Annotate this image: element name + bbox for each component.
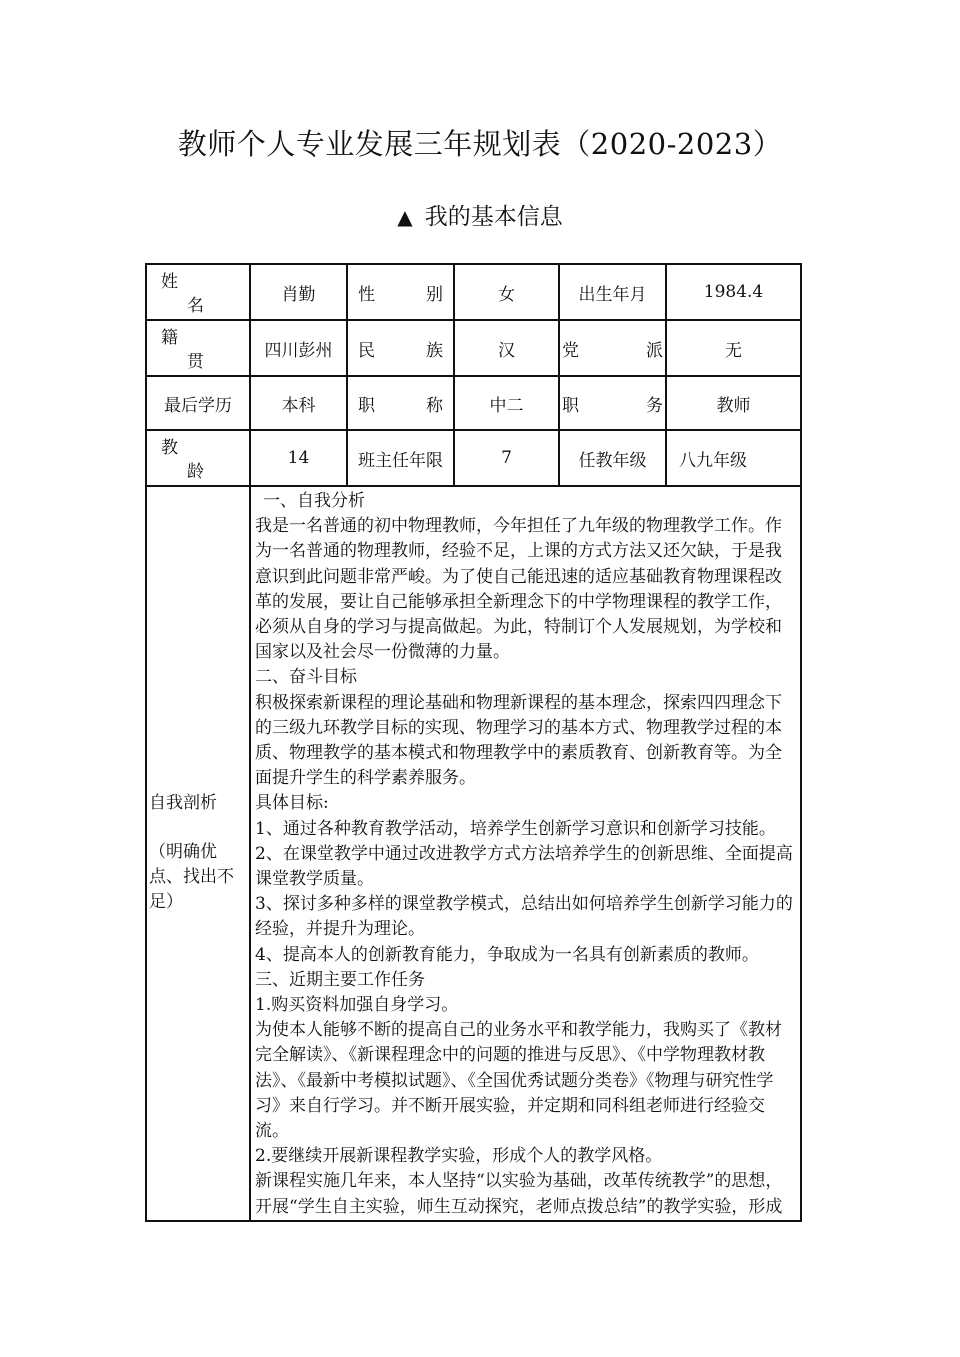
label-education: 最后学历 [146,376,250,430]
self-analysis-label: 自我剖析 （明确优点、找出不足） [146,486,250,1221]
section-heading-basic-info: ▲我的基本信息 [0,198,960,231]
goal-item: 4、提高本人的创新教育能力，争取成为一名具有创新素质的教师。 [255,943,796,968]
goal-item: 2、在课堂教学中通过改进教学方式方法培养学生的创新思维、全面提高课堂教学质量。 [255,842,796,892]
label-head-teacher-years: 班主任年限 [347,430,454,486]
label-grades-taught: 任教年级 [559,430,666,486]
task-item: 2.要继续开展新课程教学实验，形成个人的教学风格。 [255,1144,796,1169]
value-teaching-years: 14 [250,430,347,486]
label-birth: 出生年月 [559,264,666,320]
table-row-self-analysis: 自我剖析 （明确优点、找出不足） 一、自我分析 我是一名普通的初中物理教师，今年… [146,486,801,1221]
triangle-up-icon: ▲ [397,205,412,229]
label-name: 姓名 [146,264,250,320]
label-teaching-years: 教龄 [146,430,250,486]
label-party: 党派 [559,320,666,376]
task-item: 1.购买资料加强自身学习。 [255,993,796,1018]
table-row: 籍贯 四川彭州 民族 汉 党派 无 [146,320,801,376]
heading-self-analysis: 一、自我分析 [255,489,796,514]
table-row: 最后学历 本科 职称 中二 职务 教师 [146,376,801,430]
paragraph: 新课程实施几年来，本人坚持“以实验为基础，改革传统教学”的思想，开展“学生自主实… [255,1169,796,1219]
goal-item: 1、通过各种教育教学活动，培养学生创新学习意识和创新学习技能。 [255,817,796,842]
basic-info-table: 姓名 肖勤 性别 女 出生年月 1984.4 籍贯 四川彭州 民族 汉 党派 无… [145,263,802,1222]
heading-tasks: 三、近期主要工作任务 [255,968,796,993]
label-position: 职务 [559,376,666,430]
paragraph: 我是一名普通的初中物理教师，今年担任了九年级的物理教学工作。作为一名普通的物理教… [255,514,796,665]
paragraph: 为使本人能够不断的提高自己的业务水平和教学能力，我购买了《教材完全解读》、《新课… [255,1018,796,1144]
self-analysis-content: 一、自我分析 我是一名普通的初中物理教师，今年担任了九年级的物理教学工作。作为一… [250,486,801,1221]
heading-specific-goals: 具体目标: [255,791,796,816]
value-grades-taught: 八九年级 [666,430,801,486]
value-education: 本科 [250,376,347,430]
value-ethnicity: 汉 [454,320,559,376]
table-row: 姓名 肖勤 性别 女 出生年月 1984.4 [146,264,801,320]
value-name: 肖勤 [250,264,347,320]
section-heading-text: 我的基本信息 [425,204,563,230]
table-row: 教龄 14 班主任年限 7 任教年级 八九年级 [146,430,801,486]
paragraph: 积极探索新课程的理论基础和物理新课程的基本理念，探索四四理念下的三级九环教学目标… [255,691,796,792]
value-title: 中二 [454,376,559,430]
value-head-teacher-years: 7 [454,430,559,486]
self-analysis-title: 自我剖析 [149,791,247,816]
label-ethnicity: 民族 [347,320,454,376]
self-analysis-subtitle: （明确优点、找出不足） [149,842,234,912]
goal-item: 3、探讨多种多样的课堂教学模式，总结出如何培养学生创新学习能力的经验，并提升为理… [255,892,796,942]
label-gender: 性别 [347,264,454,320]
value-position: 教师 [666,376,801,430]
heading-goals: 二、奋斗目标 [255,665,796,690]
value-party: 无 [666,320,801,376]
label-title: 职称 [347,376,454,430]
value-native-place: 四川彭州 [250,320,347,376]
value-birth: 1984.4 [666,264,801,320]
document-title: 教师个人专业发展三年规划表（2020-2023） [0,122,960,163]
value-gender: 女 [454,264,559,320]
label-native-place: 籍贯 [146,320,250,376]
